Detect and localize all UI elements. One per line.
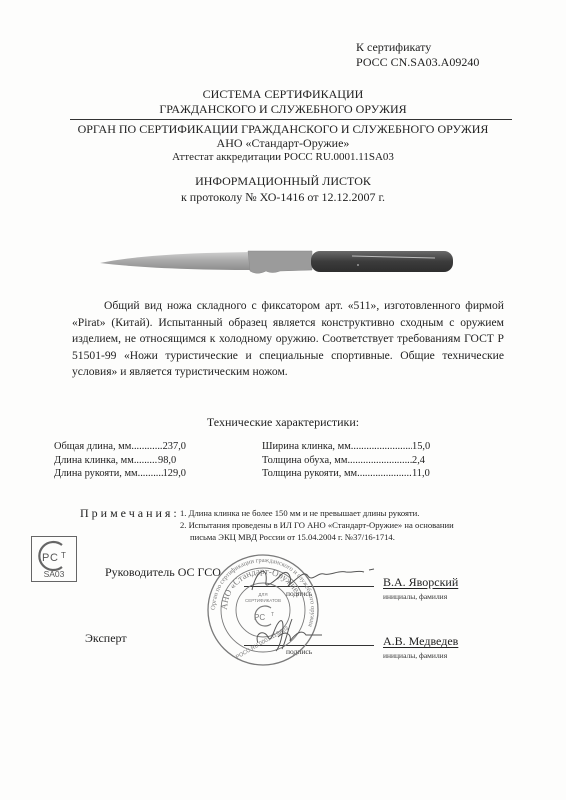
- note-item: 2. Испытания проведены в ИЛ ГО АНО «Стан…: [180, 519, 462, 543]
- spec-value: 15,0: [412, 440, 432, 454]
- spec-label: Длина клинка, мм: [54, 454, 134, 468]
- reference-line-1: К сертификату: [356, 40, 479, 55]
- logo-code: SA03: [32, 569, 76, 579]
- signatory-name: А.В. Медведев: [383, 634, 458, 649]
- specs-left-column: Общая длина, мм237,0 Длина клинка, мм98,…: [54, 440, 186, 481]
- signatory-role: Руководитель ОС ГСО: [105, 565, 221, 580]
- certification-body: ОРГАН ПО СЕРТИФИКАЦИИ ГРАЖДАНСКОГО И СЛУ…: [0, 122, 566, 136]
- spec-row: Ширина клинка, мм15,0: [262, 440, 432, 454]
- spec-row: Толщина обуха, мм2,4: [262, 454, 432, 468]
- system-title-1: СИСТЕМА СЕРТИФИКАЦИИ: [0, 87, 566, 101]
- signature-scribble-1: [248, 560, 378, 600]
- spec-value: 2,4: [412, 454, 432, 468]
- description-paragraph: Общий вид ножа складного с фиксатором ар…: [72, 298, 504, 381]
- spec-row: Длина клинка, мм98,0: [54, 454, 186, 468]
- spec-value: 98,0: [158, 454, 186, 468]
- spec-value: 11,0: [412, 467, 432, 481]
- system-title-2: ГРАЖДАНСКОГО И СЛУЖЕБНОГО ОРУЖИЯ: [0, 102, 566, 116]
- signatory-role: Эксперт: [85, 631, 127, 646]
- header-divider: [70, 119, 512, 120]
- notes-list: 1. Длина клинка не более 150 мм и не пре…: [180, 507, 530, 543]
- protocol-reference: к протоколу № ХО-1416 от 12.12.2007 г.: [0, 190, 566, 205]
- signatory-name: В.А. Яворский: [383, 575, 458, 590]
- svg-text:C: C: [50, 552, 58, 564]
- spec-label: Общая длина, мм: [54, 440, 131, 454]
- reference-number: РОСС CN.SA03.A09240: [356, 55, 479, 70]
- spec-value: 237,0: [163, 440, 186, 454]
- organization-name: АНО «Стандарт-Оружие»: [0, 136, 566, 150]
- spec-value: 129,0: [163, 467, 186, 481]
- certificate-reference: К сертификату РОСС CN.SA03.A09240: [356, 40, 479, 70]
- specs-title: Технические характеристики:: [0, 415, 566, 430]
- knife-photo: [100, 243, 460, 283]
- spec-label: Толщина рукояти, мм: [262, 467, 357, 481]
- spec-row: Общая длина, мм237,0: [54, 440, 186, 454]
- document-title: ИНФОРМАЦИОННЫЙ ЛИСТОК: [0, 174, 566, 189]
- spec-label: Ширина клинка, мм: [262, 440, 351, 454]
- gost-logo: P C T SA03: [31, 536, 77, 582]
- signature-scribble-2: [252, 615, 342, 655]
- name-caption: инициалы, фамилия: [383, 651, 447, 660]
- spec-row: Толщина рукояти, мм11,0: [262, 467, 432, 481]
- accreditation: Аттестат аккредитации РОСС RU.0001.11SA0…: [0, 150, 566, 164]
- name-caption: инициалы, фамилия: [383, 592, 447, 601]
- svg-text:T: T: [61, 551, 66, 560]
- notes-label: Примечания:: [80, 506, 180, 521]
- note-item: 1. Длина клинка не более 150 мм и не пре…: [180, 507, 530, 519]
- spec-label: Толщина обуха, мм: [262, 454, 347, 468]
- svg-text:P: P: [42, 552, 49, 564]
- spec-row: Длина рукояти, мм129,0: [54, 467, 186, 481]
- spec-label: Длина рукояти, мм: [54, 467, 138, 481]
- specs-right-column: Ширина клинка, мм15,0 Толщина обуха, мм2…: [262, 440, 432, 481]
